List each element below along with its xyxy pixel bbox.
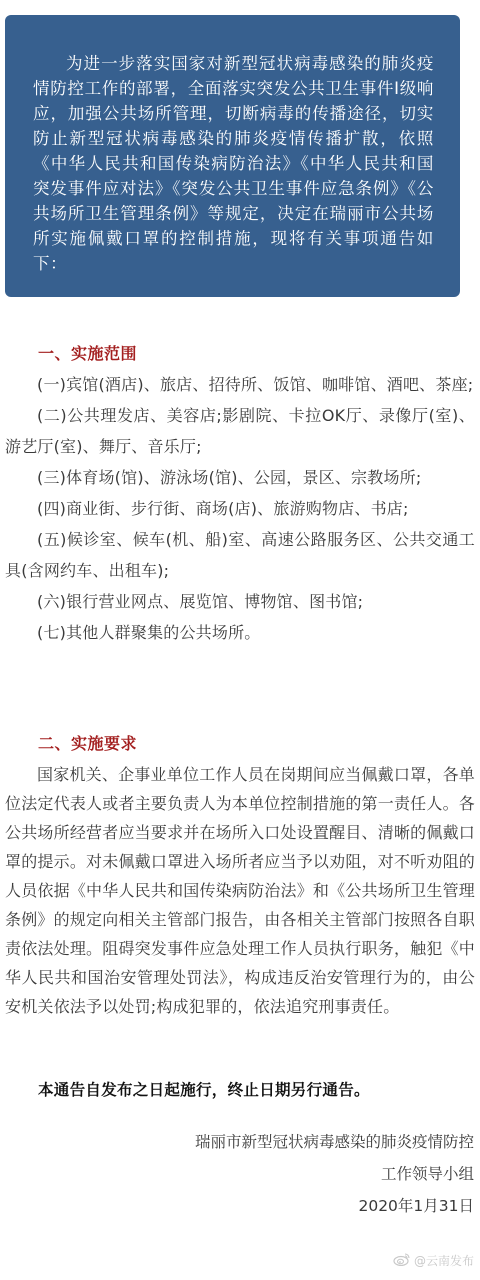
section-requirements: 二、实施要求 国家机关、企事业单位工作人员在岗期间应当佩戴口罩，各单位法定代表人… xyxy=(5,731,475,1021)
intro-box: 为进一步落实国家对新型冠状病毒感染的肺炎疫情防控工作的部署，全面落实突发公共卫生… xyxy=(5,15,460,297)
section-heading-scope: 一、实施范围 xyxy=(38,341,475,367)
effective-notice: 本通告自发布之日起施行，终止日期另行通告。 xyxy=(38,1078,370,1100)
scope-item: (七)其他人群聚集的公共场所。 xyxy=(5,617,475,648)
signature-date: 2020年1月31日 xyxy=(195,1190,474,1222)
scope-item: (二)公共理发店、美容店;影剧院、卡拉OK厅、录像厅(室)、游艺厅(室)、舞厅、… xyxy=(5,400,475,462)
scope-item: (一)宾馆(酒店)、旅店、招待所、饭馆、咖啡馆、酒吧、茶座; xyxy=(5,369,475,400)
scope-item: (六)银行营业网点、展览馆、博物馆、图书馆; xyxy=(5,586,475,617)
signature-block: 瑞丽市新型冠状病毒感染的肺炎疫情防控 工作领导小组 2020年1月31日 xyxy=(195,1126,474,1222)
watermark-text: @云南发布 xyxy=(414,1252,474,1269)
signature-org-line1: 瑞丽市新型冠状病毒感染的肺炎疫情防控 xyxy=(195,1126,474,1158)
scope-item: (五)候诊室、候车(机、船)室、高速公路服务区、公共交通工具(含网约车、出租车)… xyxy=(5,524,475,586)
watermark: @云南发布 xyxy=(393,1252,474,1269)
weibo-icon xyxy=(393,1252,411,1269)
intro-text: 为进一步落实国家对新型冠状病毒感染的肺炎疫情防控工作的部署，全面落实突发公共卫生… xyxy=(33,51,434,276)
requirements-text: 国家机关、企事业单位工作人员在岗期间应当佩戴口罩，各单位法定代表人或者主要负责人… xyxy=(5,760,475,1021)
section-heading-requirements: 二、实施要求 xyxy=(38,731,475,757)
scope-item: (四)商业街、步行街、商场(店)、旅游购物店、书店; xyxy=(5,493,475,524)
scope-item: (三)体育场(馆)、游泳场(馆)、公园，景区、宗教场所; xyxy=(5,462,475,493)
section-scope: 一、实施范围 (一)宾馆(酒店)、旅店、招待所、饭馆、咖啡馆、酒吧、茶座; (二… xyxy=(5,341,475,648)
signature-org-line2: 工作领导小组 xyxy=(195,1158,474,1190)
